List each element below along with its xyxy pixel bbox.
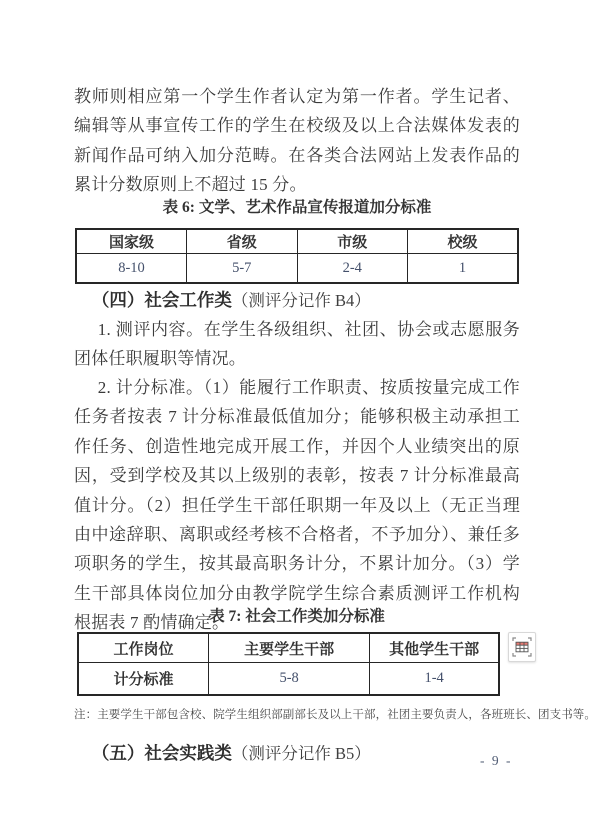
table6-value-row: 8-10 5-7 2-4 1 — [76, 254, 518, 284]
table7-note: 注：主要学生干部包含校、院学生组织部副部长及以上干部，社团主要负责人，各班班长、… — [74, 706, 524, 722]
table7-caption: 表 7: 社会工作类加分标准 — [74, 604, 520, 626]
section5-title: （五）社会实践类 — [92, 743, 232, 763]
table7-value-row: 计分标准 5-8 1-4 — [78, 663, 499, 696]
section5-title-note: （测评分记作 B5） — [232, 744, 371, 763]
section4-paragraph-content: 1. 测评内容。在学生各级组织、社团、协会或志愿服务团体任职履职等情况。 — [74, 315, 520, 374]
document-page: 教师则相应第一个学生作者认定为第一作者。学生记者、编辑等从事宣传工作的学生在校级… — [0, 0, 590, 838]
table7: 工作岗位 主要学生干部 其他学生干部 计分标准 5-8 1-4 — [77, 632, 500, 696]
table7-header-position: 工作岗位 — [78, 633, 209, 663]
table6: 国家级 省级 市级 校级 8-10 5-7 2-4 1 — [75, 228, 519, 284]
table6-header-national: 国家级 — [76, 229, 187, 254]
table7-row-label: 计分标准 — [78, 663, 209, 696]
table6-header-municipal: 市级 — [297, 229, 408, 254]
table6-caption: 表 6: 文学、艺术作品宣传报道加分标准 — [74, 195, 520, 217]
section4-title: （四）社会工作类 — [92, 290, 232, 310]
section5-heading: （五）社会实践类（测评分记作 B5） — [74, 740, 520, 765]
table-tool-button[interactable] — [508, 632, 536, 662]
page-number: - 9 - — [480, 753, 513, 769]
section4-heading: （四）社会工作类（测评分记作 B4） — [74, 287, 520, 312]
table6-header-row: 国家级 省级 市级 校级 — [76, 229, 518, 254]
intro-paragraph: 教师则相应第一个学生作者认定为第一作者。学生记者、编辑等从事宣传工作的学生在校级… — [74, 82, 520, 200]
table7-value-other-cadre: 1-4 — [370, 663, 499, 696]
table6-header-school: 校级 — [408, 229, 519, 254]
table6-header-provincial: 省级 — [187, 229, 298, 254]
table6-value-municipal: 2-4 — [297, 254, 408, 284]
table6-value-provincial: 5-7 — [187, 254, 298, 284]
table7-header-row: 工作岗位 主要学生干部 其他学生干部 — [78, 633, 499, 663]
table7-header-main-cadre: 主要学生干部 — [209, 633, 370, 663]
table-selection-icon — [511, 635, 533, 659]
table7-header-other-cadre: 其他学生干部 — [370, 633, 499, 663]
section4-title-note: （测评分记作 B4） — [232, 291, 371, 310]
table7-value-main-cadre: 5-8 — [209, 663, 370, 696]
table6-value-national: 8-10 — [76, 254, 187, 284]
table6-value-school: 1 — [408, 254, 519, 284]
section4-paragraph-scoring: 2. 计分标准。（1）能履行工作职责、按质按量完成工作任务者按表 7 计分标准最… — [74, 373, 520, 638]
